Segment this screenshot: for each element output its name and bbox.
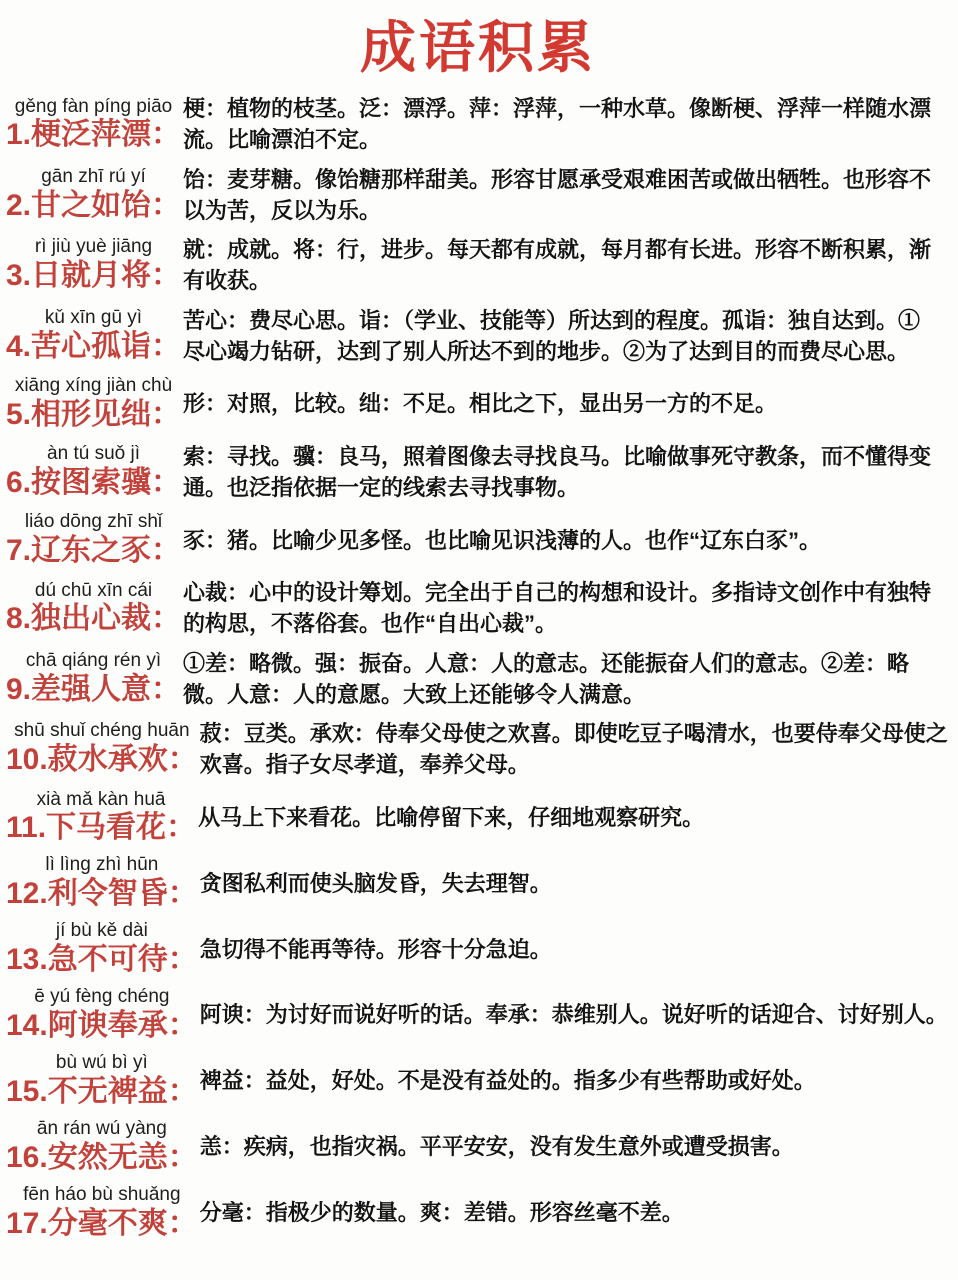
idiom-label: gān zhī rú yí 2.甘之如饴：: [6, 166, 181, 224]
idiom-name: 1.梗泛萍漂：: [6, 117, 181, 153]
idiom-label: chā qiáng rén yì 9.差强人意：: [6, 650, 181, 708]
idiom-label: shū shuǐ chéng huān 10.菽水承欢：: [6, 720, 198, 778]
idiom-entry: jí bù kě dài 13.急不可待： 急切得不能再等待。形容十分急迫。: [6, 920, 950, 978]
idiom-entry: xià mǎ kàn huā 11.下马看花： 从马上下来看花。比喻停留下来，仔…: [6, 789, 950, 847]
idiom-definition: 形：对照，比较。绌：不足。相比之下，显出另一方的不足。: [181, 388, 777, 419]
idiom-pinyin: bù wú bì yì: [56, 1052, 148, 1074]
idiom-entry: fēn háo bù shuǎng 17.分毫不爽： 分毫：指极少的数量。爽：差…: [6, 1184, 950, 1242]
idiom-name: 11.下马看花：: [6, 810, 196, 846]
idiom-pinyin: ē yú fèng chéng: [34, 986, 169, 1008]
idiom-label: liáo dōng zhī shǐ 7.辽东之豕：: [6, 511, 181, 569]
idiom-pinyin: gěng fàn píng piāo: [15, 96, 172, 118]
idiom-name: 5.相形见绌：: [6, 397, 181, 433]
idiom-definition: 饴：麦芽糖。像饴糖那样甜美。形容甘愿承受艰难困苦或做出牺牲。也形容不以为苦，反以…: [181, 164, 933, 226]
idiom-definition: 苦心：费尽心思。诣：（学业、技能等）所达到的程度。孤诣：独自达到。①尽心竭力钻研…: [181, 305, 933, 367]
idiom-definition: 裨益：益处，好处。不是没有益处的。指多少有些帮助或好处。: [198, 1065, 816, 1096]
idiom-label: fēn háo bù shuǎng 17.分毫不爽：: [6, 1184, 198, 1242]
idiom-pinyin: dú chū xīn cái: [35, 580, 152, 602]
idiom-name: 12.利令智昏：: [6, 876, 198, 912]
idiom-name: 4.苦心孤诣：: [6, 329, 181, 365]
idiom-pinyin: lì lìng zhì hūn: [45, 854, 158, 876]
idiom-definition: 就：成就。将：行，进步。每天都有成就，每月都有长进。形容不断积累，渐有收获。: [181, 234, 933, 296]
idiom-pinyin: rì jiù yuè jiāng: [35, 236, 152, 258]
idiom-entry: gěng fàn píng piāo 1.梗泛萍漂： 梗：植物的枝茎。泛：漂浮。…: [6, 93, 950, 155]
idiom-pinyin: chā qiáng rén yì: [26, 650, 161, 672]
idiom-pinyin: fēn háo bù shuǎng: [23, 1184, 180, 1206]
idiom-name: 6.按图索骥：: [6, 465, 181, 501]
idiom-definition: 梗：植物的枝茎。泛：漂浮。萍：浮萍，一种水草。像断梗、浮萍一样随水漂流。比喻漂泊…: [181, 93, 933, 155]
idiom-name: 17.分毫不爽：: [6, 1206, 198, 1242]
idiom-definition: 恙：疾病，也指灾祸。平平安安，没有发生意外或遭受损害。: [198, 1131, 794, 1162]
idiom-entry: lì lìng zhì hūn 12.利令智昏： 贪图私利而使头脑发昏，失去理智…: [6, 854, 950, 912]
idiom-pinyin: ān rán wú yàng: [37, 1118, 167, 1140]
idiom-entry: dú chū xīn cái 8.独出心裁： 心裁：心中的设计筹划。完全出于自己…: [6, 577, 950, 639]
idiom-definition: ①差：略微。强：振奋。人意：人的意志。还能振奋人们的意志。②差：略微。人意：人的…: [181, 648, 933, 710]
idiom-definition: 阿谀：为讨好而说好听的话。奉承：恭维别人。说好听的话迎合、讨好别人。: [198, 999, 948, 1030]
idiom-name: 14.阿谀奉承：: [6, 1008, 198, 1044]
idiom-pinyin: xiāng xíng jiàn chù: [15, 375, 172, 397]
idiom-list: gěng fàn píng piāo 1.梗泛萍漂： 梗：植物的枝茎。泛：漂浮。…: [6, 93, 950, 1241]
idiom-definition: 豕：猪。比喻少见多怪。也比喻见识浅薄的人。也作“辽东白豕”。: [181, 525, 821, 556]
idiom-entry: àn tú suǒ jì 6.按图索骥： 索：寻找。骥：良马，照着图像去寻找良马…: [6, 441, 950, 503]
idiom-pinyin: liáo dōng zhī shǐ: [25, 511, 162, 533]
idiom-definition: 菽：豆类。承欢：侍奉父母使之欢喜。即使吃豆子喝清水，也要侍奉父母使之欢喜。指子女…: [198, 718, 950, 780]
idiom-name: 16.安然无恙：: [6, 1140, 198, 1176]
idiom-definition: 心裁：心中的设计筹划。完全出于自己的构想和设计。多指诗文创作中有独特的构思，不落…: [181, 577, 933, 639]
idiom-label: bù wú bì yì 15.不无裨益：: [6, 1052, 198, 1110]
idiom-entry: gān zhī rú yí 2.甘之如饴： 饴：麦芽糖。像饴糖那样甜美。形容甘愿…: [6, 164, 950, 226]
idiom-label: àn tú suǒ jì 6.按图索骥：: [6, 443, 181, 501]
idiom-pinyin: jí bù kě dài: [56, 920, 148, 942]
idiom-pinyin: xià mǎ kàn huā: [37, 789, 166, 811]
idiom-entry: kǔ xīn gū yì 4.苦心孤诣： 苦心：费尽心思。诣：（学业、技能等）所…: [6, 305, 950, 367]
idiom-definition: 贪图私利而使头脑发昏，失去理智。: [198, 868, 552, 899]
idiom-label: xià mǎ kàn huā 11.下马看花：: [6, 789, 196, 847]
idiom-label: gěng fàn píng piāo 1.梗泛萍漂：: [6, 96, 181, 154]
idiom-label: kǔ xīn gū yì 4.苦心孤诣：: [6, 307, 181, 365]
idiom-name: 10.菽水承欢：: [6, 742, 198, 778]
idiom-definition: 索：寻找。骥：良马，照着图像去寻找良马。比喻做事死守教条，而不懂得变通。也泛指依…: [181, 441, 933, 503]
idiom-pinyin: àn tú suǒ jì: [47, 443, 140, 465]
idiom-definition: 分毫：指极少的数量。爽：差错。形容丝毫不差。: [198, 1197, 684, 1228]
idiom-label: xiāng xíng jiàn chù 5.相形见绌：: [6, 375, 181, 433]
idiom-entry: chā qiáng rén yì 9.差强人意： ①差：略微。强：振奋。人意：人…: [6, 648, 950, 710]
idiom-label: ān rán wú yàng 16.安然无恙：: [6, 1118, 198, 1176]
idiom-label: ē yú fèng chéng 14.阿谀奉承：: [6, 986, 198, 1044]
idiom-label: jí bù kě dài 13.急不可待：: [6, 920, 198, 978]
idiom-name: 3.日就月将：: [6, 258, 181, 294]
idiom-entry: rì jiù yuè jiāng 3.日就月将： 就：成就。将：行，进步。每天都…: [6, 234, 950, 296]
idiom-entry: xiāng xíng jiàn chù 5.相形见绌： 形：对照，比较。绌：不足…: [6, 375, 950, 433]
page-title: 成语积累: [6, 14, 950, 81]
idiom-name: 13.急不可待：: [6, 942, 198, 978]
idiom-name: 15.不无裨益：: [6, 1074, 198, 1110]
idiom-entry: bù wú bì yì 15.不无裨益： 裨益：益处，好处。不是没有益处的。指多…: [6, 1052, 950, 1110]
idiom-entry: liáo dōng zhī shǐ 7.辽东之豕： 豕：猪。比喻少见多怪。也比喻…: [6, 511, 950, 569]
idiom-entry: shū shuǐ chéng huān 10.菽水承欢： 菽：豆类。承欢：侍奉父…: [6, 718, 950, 780]
idiom-pinyin: shū shuǐ chéng huān: [14, 720, 189, 742]
idiom-entry: ē yú fèng chéng 14.阿谀奉承： 阿谀：为讨好而说好听的话。奉承…: [6, 986, 950, 1044]
idiom-name: 8.独出心裁：: [6, 601, 181, 637]
idiom-label: lì lìng zhì hūn 12.利令智昏：: [6, 854, 198, 912]
idiom-sheet: 成语积累 gěng fàn píng piāo 1.梗泛萍漂： 梗：植物的枝茎。…: [6, 14, 950, 1242]
idiom-entry: ān rán wú yàng 16.安然无恙： 恙：疾病，也指灾祸。平平安安，没…: [6, 1118, 950, 1176]
idiom-pinyin: kǔ xīn gū yì: [45, 307, 142, 329]
idiom-definition: 从马上下来看花。比喻停留下来，仔细地观察研究。: [196, 802, 704, 833]
idiom-name: 2.甘之如饴：: [6, 188, 181, 224]
idiom-label: dú chū xīn cái 8.独出心裁：: [6, 580, 181, 638]
idiom-label: rì jiù yuè jiāng 3.日就月将：: [6, 236, 181, 294]
idiom-name: 9.差强人意：: [6, 672, 181, 708]
idiom-pinyin: gān zhī rú yí: [41, 166, 146, 188]
idiom-name: 7.辽东之豕：: [6, 533, 181, 569]
idiom-definition: 急切得不能再等待。形容十分急迫。: [198, 934, 552, 965]
